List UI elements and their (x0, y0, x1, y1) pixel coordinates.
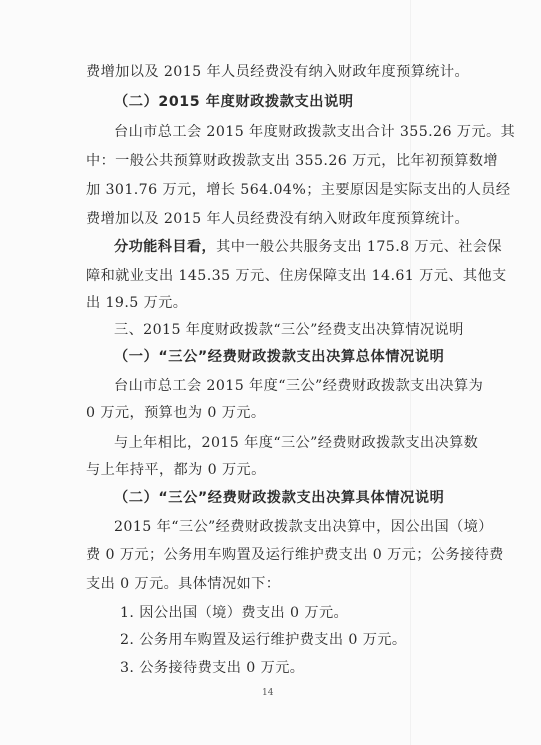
paragraph-line: 出 19.5 万元。 (86, 294, 470, 312)
paragraph-line: 与上年持平，都为 0 万元。 (86, 461, 470, 479)
section-heading: 三、2015 年度财政拨款“三公”经费支出决算情况说明 (114, 321, 498, 339)
paragraph-line: 支出 0 万元。具体情况如下： (86, 575, 470, 593)
paragraph-line: 费增加以及 2015 年人员经费没有纳入财政年度预算统计。 (86, 210, 470, 228)
paragraph-line: 2015 年“三公”经费财政拨款支出决算中，因公出国（境） (114, 518, 498, 536)
bold-lead: 分功能科目看， (114, 239, 216, 255)
list-item: 1. 因公出国（境）费支出 0 万元。 (120, 604, 504, 622)
list-item: 2. 公务用车购置及运行维护费支出 0 万元。 (120, 631, 504, 649)
paragraph-line: 与上年相比，2015 年度“三公”经费财政拨款支出决算数 (114, 434, 498, 452)
paragraph-line: 0 万元，预算也为 0 万元。 (86, 404, 470, 422)
paragraph-line: 费增加以及 2015 年人员经费没有纳入财政年度预算统计。 (86, 63, 470, 81)
subsection-heading: （二）“三公”经费财政拨款支出决算具体情况说明 (114, 489, 498, 507)
paragraph-line: 分功能科目看，其中一般公共服务支出 175.8 万元、社会保 (114, 238, 498, 256)
paragraph-line: 台山市总工会 2015 年度“三公”经费财政拨款支出决算为 (114, 377, 498, 395)
paragraph-line: 中：一般公共预算财政拨款支出 355.26 万元，比年初预算数增 (86, 152, 470, 170)
paragraph-line: 障和就业支出 145.35 万元、住房保障支出 14.61 万元、其他支 (86, 267, 470, 285)
list-item: 3. 公务接待费支出 0 万元。 (120, 659, 504, 677)
page-number: 14 (262, 688, 273, 698)
section-heading: （二）2015 年度财政拨款支出说明 (114, 93, 498, 111)
paragraph-text: 其中一般公共服务支出 175.8 万元、社会保 (216, 239, 502, 255)
paragraph-line: 加 301.76 万元，增长 564.04%；主要原因是实际支出的人员经 (86, 181, 470, 199)
paragraph-line: 台山市总工会 2015 年度财政拨款支出合计 355.26 万元。其 (114, 123, 498, 141)
paragraph-line: 费 0 万元；公务用车购置及运行维护费支出 0 万元；公务接待费 (86, 546, 470, 564)
scanned-page: 费增加以及 2015 年人员经费没有纳入财政年度预算统计。 （二）2015 年度… (0, 0, 541, 745)
subsection-heading: （一）“三公”经费财政拨款支出决算总体情况说明 (114, 348, 498, 366)
